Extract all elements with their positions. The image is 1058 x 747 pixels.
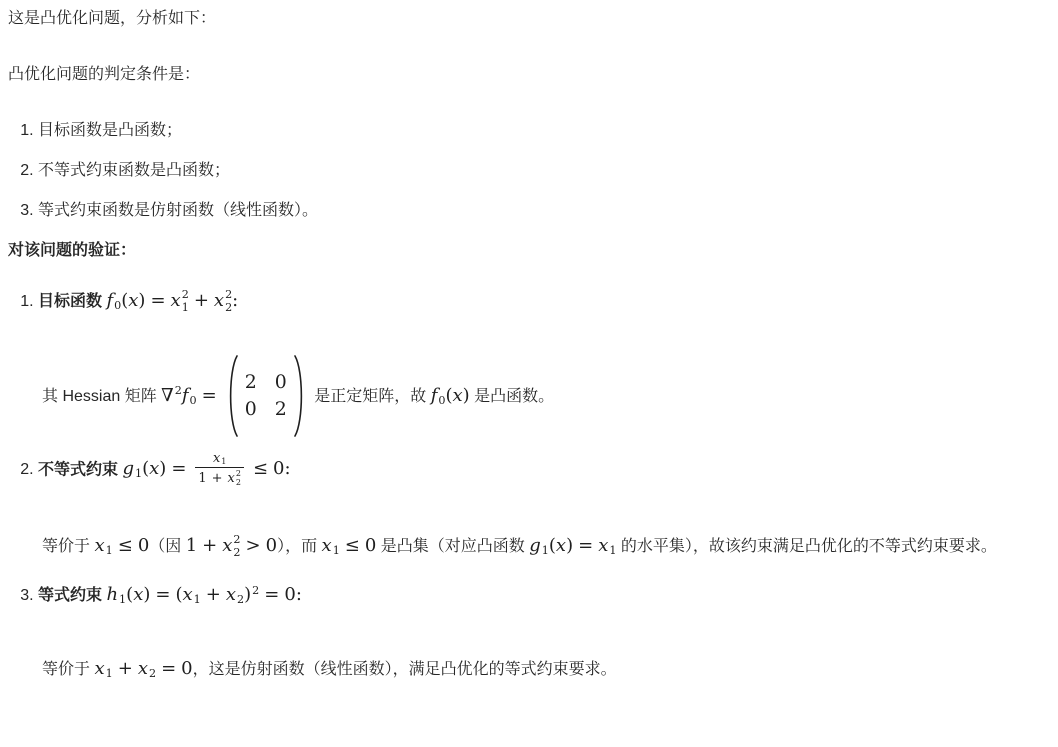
text-run: 是凸函数。 bbox=[470, 388, 554, 405]
math-expression: f0(x) bbox=[431, 385, 470, 406]
text-run: ，这是仿射函数（线性函数），满足凸优化的等式约束要求。 bbox=[193, 661, 617, 678]
bold-text: 不等式约束 bbox=[38, 461, 122, 478]
text-run: ），而 bbox=[277, 538, 321, 555]
math-expression: h1(x)=(x1+x2)2=0: bbox=[106, 584, 301, 605]
verification-list: 目标函数 f0(x)=x21+x22:其 Hessian 矩阵 ∇2f0=200… bbox=[8, 285, 1048, 690]
math-expression: x1≤0 bbox=[94, 535, 149, 556]
math-expression: g1(x)=x11+x22≤0: bbox=[122, 458, 290, 479]
item-body: 等价于 x1≤0（因 1+x22>0），而 x1≤0 是凸集（对应凸函数 g1(… bbox=[42, 524, 1048, 567]
bold-text: 对该问题的验证： bbox=[8, 242, 136, 259]
matrix: 2002 bbox=[226, 353, 306, 439]
bold-text: 等式约束 bbox=[38, 587, 106, 604]
list-item: 目标函数是凸函数； bbox=[38, 117, 1048, 145]
item-heading: 不等式约束 g1(x)=x11+x22≤0: bbox=[38, 451, 1048, 488]
verification-item: 等式约束 h1(x)=(x1+x2)2=0:等价于 x1+x2=0，这是仿射函数… bbox=[38, 579, 1048, 690]
math-expression: f0(x)=x21+x22: bbox=[106, 290, 238, 311]
matrix-left-paren-icon bbox=[226, 353, 239, 439]
math-expression: x1≤0 bbox=[322, 535, 377, 556]
item-body: 其 Hessian 矩阵 ∇2f0=2002 是正定矩阵，故 f0(x) 是凸函… bbox=[42, 353, 1048, 439]
text-run: 是凸集（对应凸函数 bbox=[376, 538, 529, 555]
list-item: 等式约束函数是仿射函数（线性函数）。 bbox=[38, 197, 1048, 225]
list-item: 不等式约束函数是凸函数； bbox=[38, 157, 1048, 185]
text-run: 等价于 bbox=[42, 538, 94, 555]
verification-heading: 对该问题的验证： bbox=[8, 237, 1048, 265]
item-heading: 等式约束 h1(x)=(x1+x2)2=0: bbox=[38, 579, 1048, 611]
text-run: 的水平集），故该约束满足凸优化的不等式约束要求。 bbox=[616, 538, 996, 555]
verification-item: 目标函数 f0(x)=x21+x22:其 Hessian 矩阵 ∇2f0=200… bbox=[38, 285, 1048, 439]
text-run: （因 bbox=[149, 538, 185, 555]
item-body: 等价于 x1+x2=0，这是仿射函数（线性函数），满足凸优化的等式约束要求。 bbox=[42, 647, 1048, 690]
verification-item: 不等式约束 g1(x)=x11+x22≤0:等价于 x1≤0（因 1+x22>0… bbox=[38, 451, 1048, 568]
bold-text: 目标函数 bbox=[38, 293, 106, 310]
math-expression: g1(x)=x1 bbox=[529, 535, 616, 556]
text-run: 凸优化问题的判定条件是： bbox=[8, 66, 200, 83]
criteria-intro-paragraph: 凸优化问题的判定条件是： bbox=[8, 61, 1048, 89]
intro-paragraph: 这是凸优化问题，分析如下： bbox=[8, 5, 1048, 33]
math-expression: x1+x2=0 bbox=[94, 658, 192, 679]
math-expression: 1+x22>0 bbox=[186, 535, 277, 556]
math-expression: ∇2f0=2002 bbox=[161, 385, 310, 406]
text-run: 其 Hessian 矩阵 bbox=[42, 388, 161, 405]
text-run: 是正定矩阵，故 bbox=[310, 388, 431, 405]
text-run: 等价于 bbox=[42, 661, 94, 678]
matrix-right-paren-icon bbox=[293, 353, 306, 439]
fraction: x11+x22 bbox=[195, 451, 244, 488]
text-run: 这是凸优化问题，分析如下： bbox=[8, 10, 216, 27]
criteria-list: 目标函数是凸函数；不等式约束函数是凸函数；等式约束函数是仿射函数（线性函数）。 bbox=[8, 117, 1048, 225]
document: 这是凸优化问题，分析如下： 凸优化问题的判定条件是： 目标函数是凸函数；不等式约… bbox=[0, 0, 1058, 707]
item-heading: 目标函数 f0(x)=x21+x22: bbox=[38, 285, 1048, 317]
